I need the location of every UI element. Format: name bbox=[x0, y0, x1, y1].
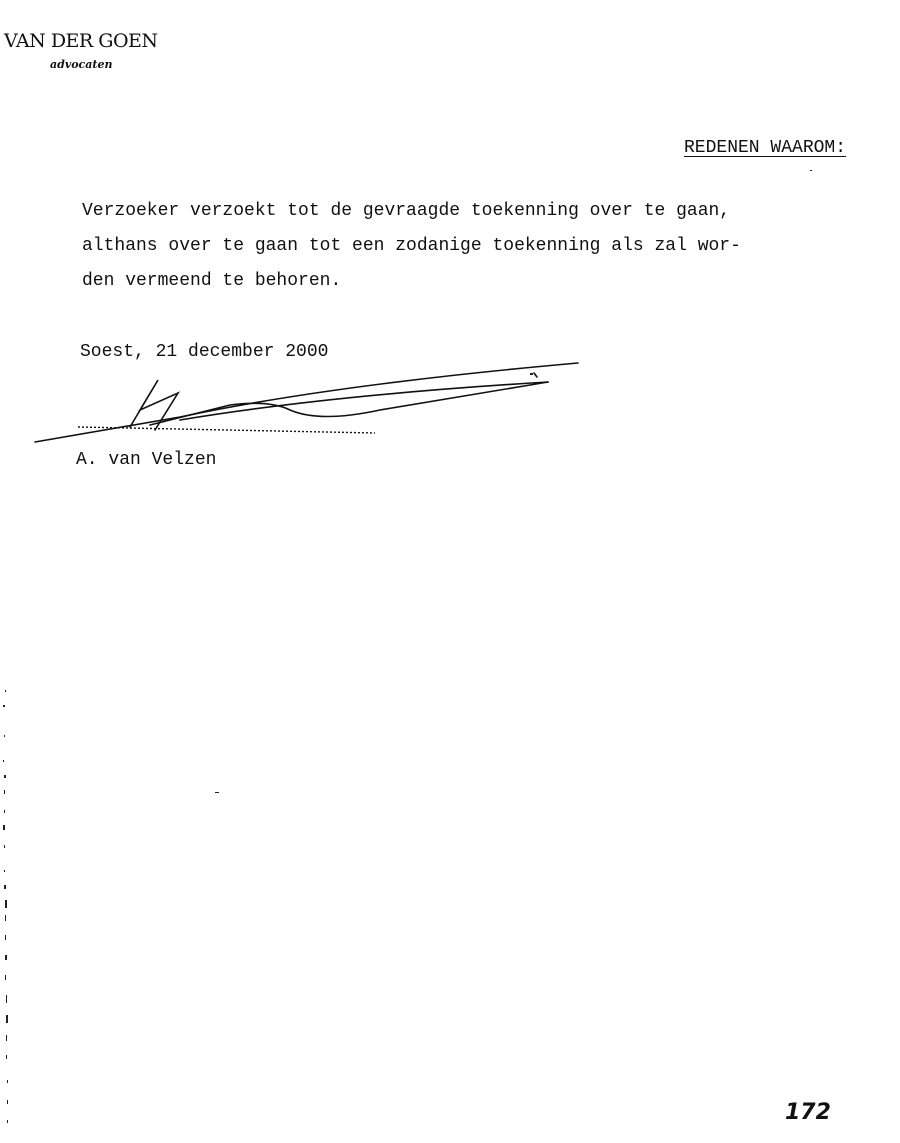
page-number-value: 172 bbox=[785, 1100, 831, 1125]
section-heading: REDENEN WAAROM: bbox=[684, 138, 846, 158]
page-number: 172 bbox=[785, 1100, 831, 1125]
body-line: althans over te gaan tot een zodanige to… bbox=[82, 229, 882, 264]
letterhead-firm-name: VAN DER GOEN bbox=[4, 30, 158, 52]
handwritten-signature bbox=[30, 355, 590, 455]
document-page: VAN DER GOEN advocaten REDENEN WAAROM: V… bbox=[0, 0, 900, 1143]
body-paragraph: Verzoeker verzoekt tot de gevraagde toek… bbox=[82, 194, 882, 299]
body-line: den vermeend te behoren. bbox=[82, 264, 882, 299]
body-line: Verzoeker verzoekt tot de gevraagde toek… bbox=[82, 194, 882, 229]
signer-name: A. van Velzen bbox=[76, 450, 216, 470]
letterhead-firm-subtitle: advocaten bbox=[50, 58, 112, 71]
scan-noise-specks bbox=[0, 0, 900, 1143]
